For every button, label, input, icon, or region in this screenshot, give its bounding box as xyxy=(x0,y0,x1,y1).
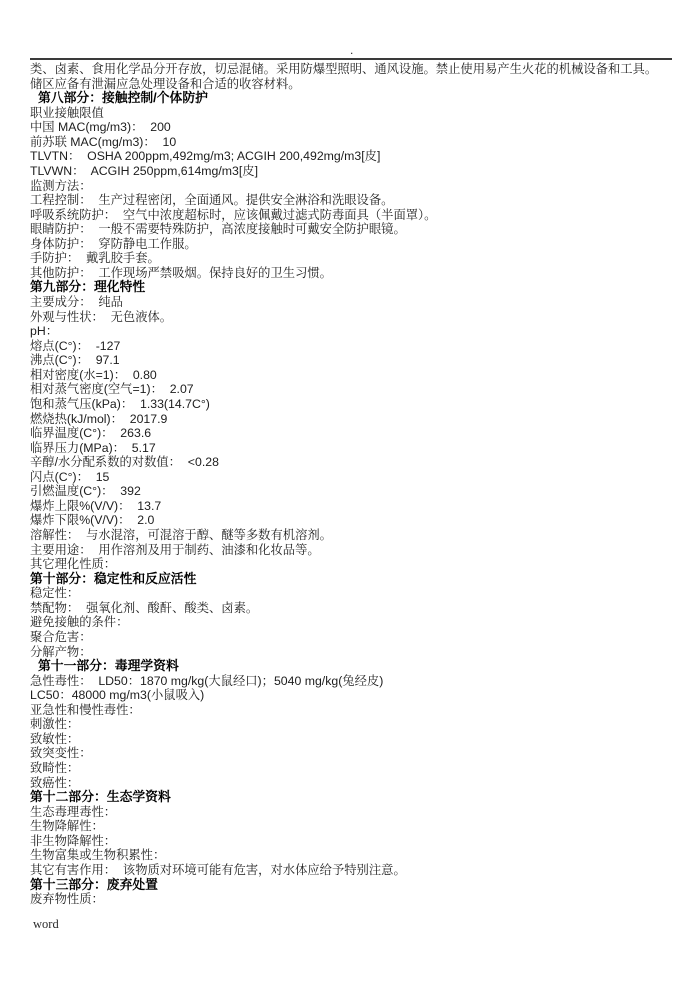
document-line: 呼吸系统防护： 空气中浓度超标时，应该佩戴过滤式防毒面具（半面罩）。 xyxy=(30,208,674,223)
document-line: 致突变性： xyxy=(30,746,674,761)
document-line: 工程控制： 生产过程密闭，全面通风。提供安全淋浴和洗眼设备。 xyxy=(30,193,674,208)
page-separator-dot: . xyxy=(350,44,353,56)
document-line: 燃烧热(kJ/mol)： 2017.9 xyxy=(30,412,674,427)
document-line: 爆炸下限%(V/V)： 2.0 xyxy=(30,513,674,528)
section-heading: 第十二部分：生态学资料 xyxy=(30,790,674,805)
document-line: 生物富集或生物积累性： xyxy=(30,848,674,863)
document-line: 相对密度(水=1)： 0.80 xyxy=(30,368,674,383)
document-line: 身体防护： 穿防静电工作服。 xyxy=(30,237,674,252)
document-line: 主要成分： 纯品 xyxy=(30,295,674,310)
document-line: 其它有害作用： 该物质对环境可能有危害，对水体应给予特别注意。 xyxy=(30,863,674,878)
document-line: LC50：48000 mg/m3(小鼠吸入) xyxy=(30,688,674,703)
document-line: 禁配物： 强氧化剂、酸酐、酸类、卤素。 xyxy=(30,601,674,616)
document-line: pH： xyxy=(30,324,674,339)
document-line: 临界温度(C°)： 263.6 xyxy=(30,426,674,441)
document-line: 废弃物性质： xyxy=(30,892,674,907)
section-heading: 第八部分：接触控制/个体防护 xyxy=(30,91,674,106)
document-line: 引燃温度(C°)： 392 xyxy=(30,484,674,499)
section-heading: 第十三部分：废弃处置 xyxy=(30,878,674,893)
document-line: 刺激性： xyxy=(30,717,674,732)
document-line: 亚急性和慢性毒性： xyxy=(30,703,674,718)
document-line: 溶解性： 与水混溶，可混溶于醇、醚等多数有机溶剂。 xyxy=(30,528,674,543)
document-line: 急性毒性： LD50：1870 mg/kg(大鼠经口)；5040 mg/kg(兔… xyxy=(30,674,674,689)
document-line: 聚合危害： xyxy=(30,630,674,645)
document-body: 类、卤素、食用化学品分开存放，切忌混储。采用防爆型照明、通风设施。禁止使用易产生… xyxy=(30,62,674,907)
document-line: 类、卤素、食用化学品分开存放，切忌混储。采用防爆型照明、通风设施。禁止使用易产生… xyxy=(30,62,674,77)
section-heading: 第十一部分：毒理学资料 xyxy=(30,659,674,674)
document-line: 分解产物： xyxy=(30,645,674,660)
document-line: 职业接触限值 xyxy=(30,106,674,121)
document-line: 熔点(C°)： -127 xyxy=(30,339,674,354)
document-line: 眼睛防护： 一般不需要特殊防护，高浓度接触时可戴安全防护眼镜。 xyxy=(30,222,674,237)
document-line: 其它理化性质： xyxy=(30,557,674,572)
document-line: 避免接触的条件： xyxy=(30,615,674,630)
document-line: 中国 MAC(mg/m3)： 200 xyxy=(30,120,674,135)
document-line: 主要用途： 用作溶剂及用于制药、油漆和化妆品等。 xyxy=(30,543,674,558)
document-line: 爆炸上限%(V/V)： 13.7 xyxy=(30,499,674,514)
document-line: 闪点(C°)： 15 xyxy=(30,470,674,485)
page-top-rule xyxy=(30,58,672,60)
document-line: 饱和蒸气压(kPa)： 1.33(14.7C°) xyxy=(30,397,674,412)
document-line: 稳定性： xyxy=(30,586,674,601)
document-line: 致敏性： xyxy=(30,732,674,747)
document-line: 沸点(C°)： 97.1 xyxy=(30,353,674,368)
document-line: 非生物降解性： xyxy=(30,834,674,849)
document-line: 辛醇/水分配系数的对数值： <0.28 xyxy=(30,455,674,470)
document-line: 外观与性状： 无色液体。 xyxy=(30,310,674,325)
document-line: 生物降解性： xyxy=(30,819,674,834)
section-heading: 第九部分：理化特性 xyxy=(30,280,674,295)
document-line: 相对蒸气密度(空气=1)： 2.07 xyxy=(30,382,674,397)
document-line: TLVTN： OSHA 200ppm,492mg/m3; ACGIH 200,4… xyxy=(30,149,674,164)
document-line: 生态毒理毒性： xyxy=(30,805,674,820)
word-watermark: word xyxy=(33,917,59,932)
document-line: 临界压力(MPa)： 5.17 xyxy=(30,441,674,456)
document-line: 监测方法： xyxy=(30,179,674,194)
document-line: 其他防护： 工作现场严禁吸烟。保持良好的卫生习惯。 xyxy=(30,266,674,281)
document-line: 手防护： 戴乳胶手套。 xyxy=(30,251,674,266)
document-line: 致畸性： xyxy=(30,761,674,776)
document-line: 致癌性： xyxy=(30,776,674,791)
document-line: TLVWN： ACGIH 250ppm,614mg/m3[皮] xyxy=(30,164,674,179)
document-line: 储区应备有泄漏应急处理设备和合适的收容材料。 xyxy=(30,77,674,92)
section-heading: 第十部分：稳定性和反应活性 xyxy=(30,572,674,587)
document-line: 前苏联 MAC(mg/m3)： 10 xyxy=(30,135,674,150)
